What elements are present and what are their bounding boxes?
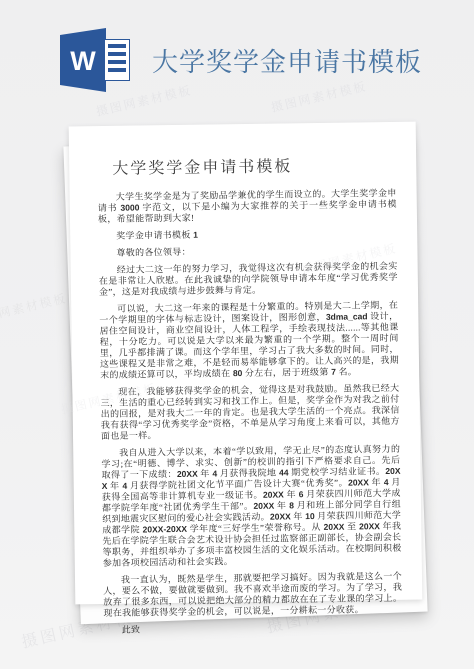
document-paragraph: 现在，我能够获得奖学金的机会，觉得这是对我鼓励。虽然我已经大三，生活的重心已经转… — [100, 383, 400, 442]
word-icon-document — [104, 39, 130, 81]
document-paragraph: 经过大二这一年的努力学习，我觉得这次有机会获得奖学金的机会实在是非常让人欣慰。在… — [99, 261, 398, 298]
document-paragraph: 我一直认为，既然是学生，那就要把学习搞好。因为我就是这么一个人，要么不做，要做就… — [103, 571, 403, 619]
word-icon-letter: W — [70, 48, 95, 75]
document-page: 大学奖学金申请书模板 大学生奖学金是为了奖励品学兼优的学生而设立的。大学生奖学金… — [69, 122, 423, 605]
word-icon: W — [60, 28, 130, 92]
document-paragraph: 奖学金申请书模板 1 — [98, 227, 397, 242]
document-paragraph: 此致 — [104, 621, 403, 636]
template-preview: 摄图网素材模板 摄图网素材模板 摄图网素材模板 摄图网素材模板 摄图网素材模板 … — [0, 0, 474, 669]
document-paragraph: 大学生奖学金是为了奖励品学兼优的学生而设立的。大学生奖学金申请书 3000 字范… — [98, 188, 397, 225]
document-body: 大学生奖学金是为了奖励品学兼优的学生而设立的。大学生奖学金申请书 3000 字范… — [98, 188, 403, 636]
document-stack: 大学奖学金申请书模板 大学生奖学金是为了奖励品学兼优的学生而设立的。大学生奖学金… — [72, 124, 419, 602]
document-paragraph: 可以说，大二这一年来的课程是十分繁重的。特别是大二上学期，在一个学期里的字体与标… — [99, 300, 399, 381]
page-title: 大学奖学金申请书模板 — [152, 42, 422, 79]
document-paragraph: 尊敬的各位领导： — [98, 244, 397, 259]
word-icon-text-lines — [108, 44, 126, 76]
watermark: 摄图网素材模板 — [0, 289, 69, 328]
word-icon-fold: W — [60, 28, 106, 92]
document-paragraph: 我自从进入大学以来，本着“学以致用，学无止尽”的态度认真努力的学习;在“明德、博… — [101, 444, 402, 569]
header: W 大学奖学金申请书模板 — [60, 28, 422, 92]
document-heading: 大学奖学金申请书模板 — [112, 152, 396, 179]
